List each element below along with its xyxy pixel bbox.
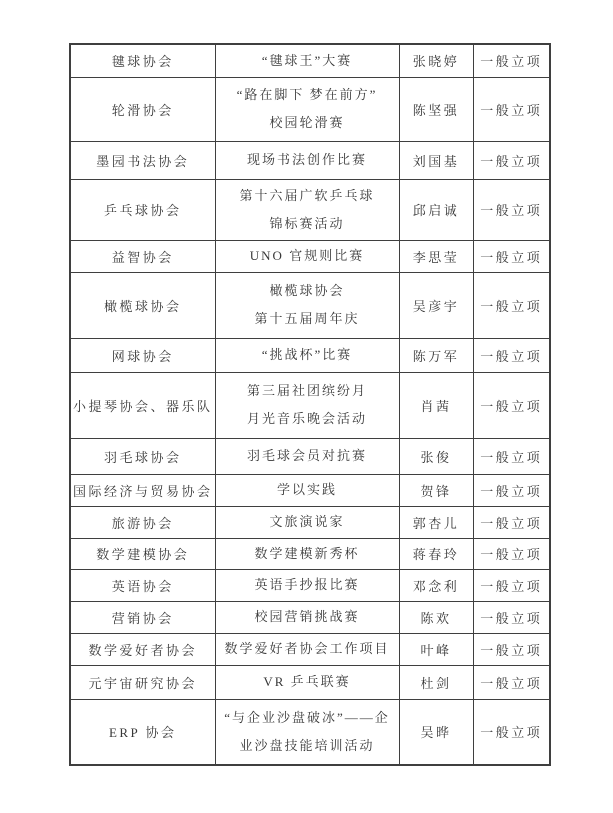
event-name-cell: “路在脚下 梦在前方”校园轮滑赛 (215, 77, 399, 141)
leader-name-cell: 张晓婷 (399, 44, 473, 77)
event-name-cell: “与企业沙盘破冰”——企业沙盘技能培训活动 (215, 699, 399, 765)
table-row: 毽球协会 “毽球王”大赛 张晓婷 一般立项 (70, 44, 550, 77)
leader-name-cell: 李思莹 (399, 240, 473, 272)
event-name-line: 第十五届周年庆 (216, 305, 399, 333)
table-row: 乒乓球协会 第十六届广软乒乓球锦标赛活动 邱启诚 一般立项 (70, 179, 550, 240)
approval-status-cell: 一般立项 (473, 141, 550, 179)
event-name-line: 文旅演说家 (216, 508, 399, 536)
event-name-line: “与企业沙盘破冰”——企 (216, 704, 399, 732)
event-name-cell: “毽球王”大赛 (215, 44, 399, 77)
table-row: 网球协会 “挑战杯”比赛 陈万军 一般立项 (70, 338, 550, 372)
event-name-cell: 学以实践 (215, 474, 399, 506)
approval-status-cell: 一般立项 (473, 338, 550, 372)
association-name-cell: 国际经济与贸易协会 (70, 474, 215, 506)
approval-status-cell: 一般立项 (473, 633, 550, 665)
table-row: 营销协会 校园营销挑战赛 陈欢 一般立项 (70, 601, 550, 633)
table-row: 小提琴协会、器乐队 第三届社团缤纷月月光音乐晚会活动 肖茜 一般立项 (70, 372, 550, 438)
event-name-line: 月光音乐晚会活动 (216, 405, 399, 433)
table-row: 数学爱好者协会 数学爱好者协会工作项目 叶峰 一般立项 (70, 633, 550, 665)
event-name-cell: 第三届社团缤纷月月光音乐晚会活动 (215, 372, 399, 438)
event-name-line: 数学爱好者协会工作项目 (216, 635, 399, 663)
table-row: 元宇宙研究协会 VR 乒乓联赛 杜剑 一般立项 (70, 665, 550, 699)
association-name-cell: 营销协会 (70, 601, 215, 633)
association-name-cell: ERP 协会 (70, 699, 215, 765)
event-name-cell: 数学爱好者协会工作项目 (215, 633, 399, 665)
event-name-line: 第三届社团缤纷月 (216, 377, 399, 405)
event-name-line: 羽毛球会员对抗赛 (216, 442, 399, 470)
leader-name-cell: 叶峰 (399, 633, 473, 665)
table-row: ERP 协会 “与企业沙盘破冰”——企业沙盘技能培训活动 吴晔 一般立项 (70, 699, 550, 765)
event-name-line: 业沙盘技能培训活动 (216, 732, 399, 760)
approval-status-cell: 一般立项 (473, 179, 550, 240)
table-row: 益智协会 UNO 官规则比赛 李思莹 一般立项 (70, 240, 550, 272)
association-name-cell: 羽毛球协会 (70, 438, 215, 474)
approval-status-cell: 一般立项 (473, 372, 550, 438)
event-name-cell: 第十六届广软乒乓球锦标赛活动 (215, 179, 399, 240)
leader-name-cell: 陈万军 (399, 338, 473, 372)
event-name-cell: 羽毛球会员对抗赛 (215, 438, 399, 474)
document-page: 毽球协会 “毽球王”大赛 张晓婷 一般立项 轮滑协会 “路在脚下 梦在前方”校园… (0, 0, 613, 813)
event-name-cell: VR 乒乓联赛 (215, 665, 399, 699)
approval-status-cell: 一般立项 (473, 538, 550, 569)
table-row: 墨园书法协会 现场书法创作比赛 刘国基 一般立项 (70, 141, 550, 179)
approval-status-cell: 一般立项 (473, 438, 550, 474)
event-name-cell: UNO 官规则比赛 (215, 240, 399, 272)
leader-name-cell: 刘国基 (399, 141, 473, 179)
association-name-cell: 小提琴协会、器乐队 (70, 372, 215, 438)
event-name-line: VR 乒乓联赛 (216, 668, 399, 696)
event-name-line: 锦标赛活动 (216, 210, 399, 238)
approval-status-cell: 一般立项 (473, 474, 550, 506)
approval-status-cell: 一般立项 (473, 240, 550, 272)
association-name-cell: 网球协会 (70, 338, 215, 372)
approval-status-cell: 一般立项 (473, 44, 550, 77)
project-approval-table: 毽球协会 “毽球王”大赛 张晓婷 一般立项 轮滑协会 “路在脚下 梦在前方”校园… (69, 43, 551, 766)
event-name-cell: 英语手抄报比赛 (215, 569, 399, 601)
association-name-cell: 益智协会 (70, 240, 215, 272)
event-name-cell: 现场书法创作比赛 (215, 141, 399, 179)
table-row: 羽毛球协会 羽毛球会员对抗赛 张俊 一般立项 (70, 438, 550, 474)
event-name-line: 校园轮滑赛 (216, 109, 399, 137)
association-name-cell: 乒乓球协会 (70, 179, 215, 240)
approval-status-cell: 一般立项 (473, 506, 550, 538)
approval-status-cell: 一般立项 (473, 699, 550, 765)
approval-status-cell: 一般立项 (473, 272, 550, 338)
event-name-cell: 校园营销挑战赛 (215, 601, 399, 633)
leader-name-cell: 邓念利 (399, 569, 473, 601)
leader-name-cell: 郭杏儿 (399, 506, 473, 538)
table-row: 国际经济与贸易协会 学以实践 贺锋 一般立项 (70, 474, 550, 506)
table-row: 数学建模协会 数学建模新秀杯 蒋春玲 一般立项 (70, 538, 550, 569)
event-name-cell: “挑战杯”比赛 (215, 338, 399, 372)
approval-status-cell: 一般立项 (473, 569, 550, 601)
event-name-line: UNO 官规则比赛 (216, 242, 399, 270)
event-name-line: “路在脚下 梦在前方” (216, 81, 399, 109)
event-name-cell: 数学建模新秀杯 (215, 538, 399, 569)
event-name-line: “挑战杯”比赛 (216, 341, 399, 369)
event-name-line: 校园营销挑战赛 (216, 603, 399, 631)
leader-name-cell: 肖茜 (399, 372, 473, 438)
event-name-line: 现场书法创作比赛 (216, 146, 399, 174)
approval-status-cell: 一般立项 (473, 77, 550, 141)
leader-name-cell: 吴彦宇 (399, 272, 473, 338)
association-name-cell: 轮滑协会 (70, 77, 215, 141)
approval-status-cell: 一般立项 (473, 601, 550, 633)
association-name-cell: 数学爱好者协会 (70, 633, 215, 665)
association-name-cell: 橄榄球协会 (70, 272, 215, 338)
leader-name-cell: 蒋春玲 (399, 538, 473, 569)
event-name-line: 第十六届广软乒乓球 (216, 182, 399, 210)
leader-name-cell: 陈欢 (399, 601, 473, 633)
event-name-line: 学以实践 (216, 476, 399, 504)
table-row: 英语协会 英语手抄报比赛 邓念利 一般立项 (70, 569, 550, 601)
event-name-line: 橄榄球协会 (216, 277, 399, 305)
table-body: 毽球协会 “毽球王”大赛 张晓婷 一般立项 轮滑协会 “路在脚下 梦在前方”校园… (70, 44, 550, 765)
leader-name-cell: 陈坚强 (399, 77, 473, 141)
leader-name-cell: 邱启诚 (399, 179, 473, 240)
table-row: 旅游协会 文旅演说家 郭杏儿 一般立项 (70, 506, 550, 538)
event-name-line: “毽球王”大赛 (216, 47, 399, 75)
leader-name-cell: 张俊 (399, 438, 473, 474)
association-name-cell: 旅游协会 (70, 506, 215, 538)
table-row: 橄榄球协会 橄榄球协会第十五届周年庆 吴彦宇 一般立项 (70, 272, 550, 338)
event-name-cell: 橄榄球协会第十五届周年庆 (215, 272, 399, 338)
table-row: 轮滑协会 “路在脚下 梦在前方”校园轮滑赛 陈坚强 一般立项 (70, 77, 550, 141)
leader-name-cell: 杜剑 (399, 665, 473, 699)
event-name-cell: 文旅演说家 (215, 506, 399, 538)
association-name-cell: 英语协会 (70, 569, 215, 601)
approval-status-cell: 一般立项 (473, 665, 550, 699)
association-name-cell: 元宇宙研究协会 (70, 665, 215, 699)
event-name-line: 英语手抄报比赛 (216, 571, 399, 599)
event-name-line: 数学建模新秀杯 (216, 540, 399, 568)
leader-name-cell: 贺锋 (399, 474, 473, 506)
association-name-cell: 毽球协会 (70, 44, 215, 77)
association-name-cell: 墨园书法协会 (70, 141, 215, 179)
leader-name-cell: 吴晔 (399, 699, 473, 765)
association-name-cell: 数学建模协会 (70, 538, 215, 569)
